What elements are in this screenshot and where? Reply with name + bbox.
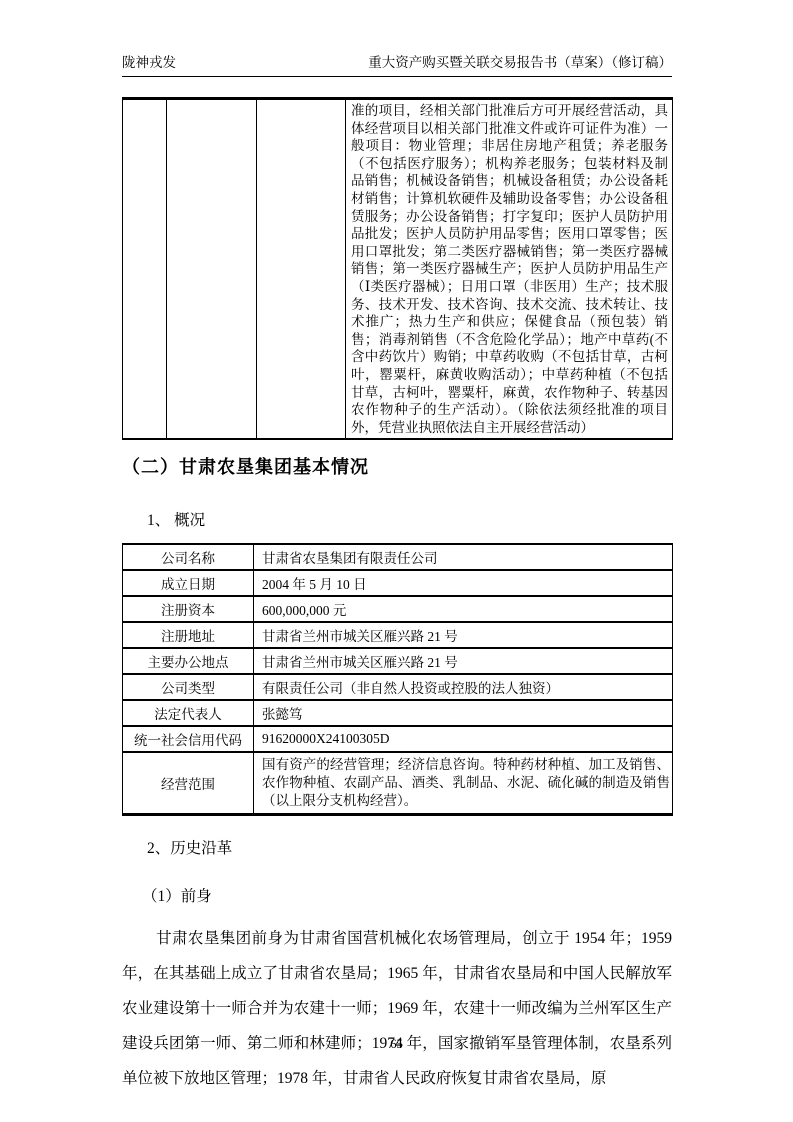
row-value: 600,000,000 元	[254, 596, 673, 622]
table-row: 公司类型 有限责任公司（非自然人投资或控股的法人独资）	[123, 674, 673, 700]
table-row: 公司名称 甘肃省农垦集团有限责任公司	[123, 544, 673, 570]
table-row: 主要办公地点 甘肃省兰州市城关区雁兴路 21 号	[123, 648, 673, 674]
row-value: 有限责任公司（非自然人投资或控股的法人独资）	[254, 674, 673, 700]
row-label: 主要办公地点	[123, 648, 254, 674]
table-row: 注册地址 甘肃省兰州市城关区雁兴路 21 号	[123, 622, 673, 648]
table-row: 经营范围 国有资产的经营管理；经济信息咨询。特种药材种植、加工及销售、农作物种植…	[123, 752, 673, 815]
table-row: 准的项目，经相关部门批准后方可开展经营活动，具体经营项目以相关部门批准文件或许可…	[123, 99, 673, 440]
row-value: 91620000X24100305D	[254, 726, 673, 752]
row-label: 成立日期	[123, 570, 254, 596]
header-right-title: 重大资产购买暨关联交易报告书（草案）（修订稿）	[368, 54, 672, 71]
document-page: 陇神戎发 重大资产购买暨关联交易报告书（草案）（修订稿） 准的项目，经相关部门批…	[0, 0, 793, 1122]
row-label: 法定代表人	[123, 700, 254, 726]
table-row: 注册资本 600,000,000 元	[123, 596, 673, 622]
row-label: 注册资本	[123, 596, 254, 622]
empty-cell	[167, 99, 257, 440]
row-label: 公司类型	[123, 674, 254, 700]
table-row: 统一社会信用代码 91620000X24100305D	[123, 726, 673, 752]
row-value: 张懿笃	[254, 700, 673, 726]
row-value: 2004 年 5 月 10 日	[254, 570, 673, 596]
business-scope-continued-table: 准的项目，经相关部门批准后方可开展经营活动，具体经营项目以相关部门批准文件或许可…	[122, 97, 673, 440]
row-label: 公司名称	[123, 544, 254, 570]
section-heading: （二）甘肃农垦集团基本情况	[122, 453, 672, 479]
subsection-overview: 1、 概况	[147, 508, 672, 530]
table-row: 法定代表人 张懿笃	[123, 700, 673, 726]
company-info-table: 公司名称 甘肃省农垦集团有限责任公司 成立日期 2004 年 5 月 10 日 …	[122, 543, 673, 816]
row-value: 国有资产的经营管理；经济信息咨询。特种药材种植、加工及销售、农作物种植、农副产品…	[254, 752, 673, 815]
row-value: 甘肃省兰州市城关区雁兴路 21 号	[254, 648, 673, 674]
history-paragraph: 甘肃农垦集团前身为甘肃省国营机械化农场管理局，创立于 1954 年；1959 年…	[122, 921, 672, 1096]
page-number: 65	[0, 1037, 793, 1052]
subsection-predecessor: （1）前身	[142, 884, 672, 906]
row-value: 甘肃省兰州市城关区雁兴路 21 号	[254, 622, 673, 648]
page-header: 陇神戎发 重大资产购买暨关联交易报告书（草案）（修订稿）	[122, 0, 672, 77]
subsection-history: 2、历史沿革	[147, 836, 672, 858]
row-label: 经营范围	[123, 752, 254, 815]
table-row: 成立日期 2004 年 5 月 10 日	[123, 570, 673, 596]
row-label: 注册地址	[123, 622, 254, 648]
empty-cell	[257, 99, 346, 440]
empty-cell	[123, 99, 167, 440]
row-label: 统一社会信用代码	[123, 726, 254, 752]
header-left-title: 陇神戎发	[122, 54, 176, 71]
business-scope-text: 准的项目，经相关部门批准后方可开展经营活动，具体经营项目以相关部门批准文件或许可…	[346, 99, 673, 440]
row-value: 甘肃省农垦集团有限责任公司	[254, 544, 673, 570]
